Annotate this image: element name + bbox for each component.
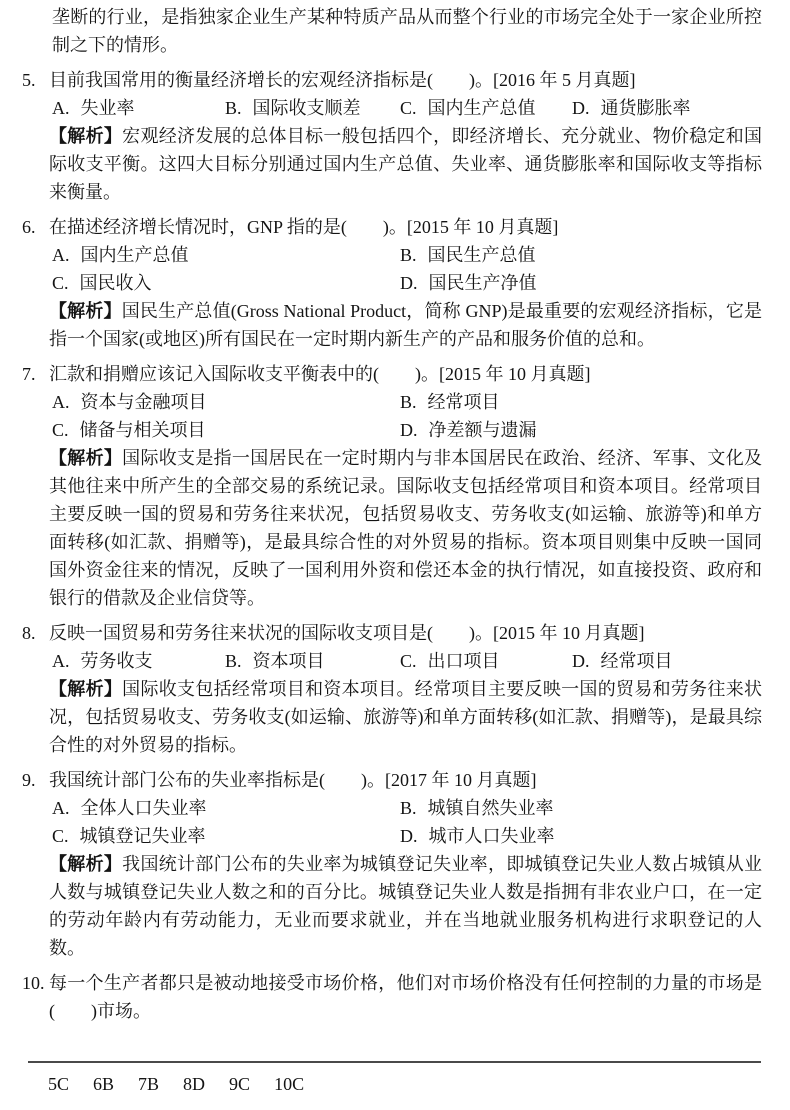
option-label: C. [400, 98, 417, 118]
option-text: 城镇自然失业率 [428, 798, 554, 818]
option-text: 城市人口失业率 [429, 826, 555, 846]
answer-key: 5C6B7B8D9C10C [48, 1070, 328, 1098]
options-row: A.全体人口失业率 B.城镇自然失业率 C.城镇登记失业率 D.城市人口失业率 [49, 794, 762, 850]
option-label: D. [572, 651, 590, 671]
option-label: C. [400, 651, 417, 671]
option-a: A.全体人口失业率 [52, 794, 400, 822]
option-text: 国民收入 [80, 273, 152, 293]
option-d: D.城市人口失业率 [400, 822, 762, 850]
option-text: 资本项目 [253, 651, 325, 671]
option-d: D.经常项目 [572, 647, 762, 675]
option-text: 净差额与遗漏 [429, 420, 537, 440]
option-b: B.资本项目 [225, 647, 400, 675]
option-d: D.国民生产净值 [400, 269, 762, 297]
question-number: 10. [18, 969, 49, 1025]
explanation-text: 国际收支包括经常项目和资本项目。经常项目主要反映一国的贸易和劳务往来状况，包括贸… [49, 679, 762, 755]
question-body: 我国统计部门公布的失业率指标是( )。[2017 年 10 月真题] A.全体人… [49, 766, 762, 962]
option-a: A.国内生产总值 [52, 241, 400, 269]
book-page: 垄断的行业，是指独家企业生产某种特质产品从而整个行业的市场完全处于一家企业所控制… [0, 0, 790, 1025]
option-a: A.劳务收支 [52, 647, 225, 675]
divider-line [28, 1061, 761, 1063]
explanation-label: 【解析】 [49, 301, 122, 321]
option-text: 经常项目 [601, 651, 673, 671]
option-label: B. [225, 651, 242, 671]
options-row: A.国内生产总值 B.国民生产总值 C.国民收入 D.国民生产净值 [49, 241, 762, 297]
options-row: A.资本与金融项目 B.经常项目 C.储备与相关项目 D.净差额与遗漏 [49, 388, 762, 444]
options-row: A.劳务收支 B.资本项目 C.出口项目 D.经常项目 [49, 647, 762, 675]
option-text: 失业率 [81, 98, 135, 118]
question-body: 在描述经济增长情况时，GNP 指的是( )。[2015 年 10 月真题] A.… [49, 213, 762, 353]
option-label: A. [52, 651, 70, 671]
question-number: 5. [18, 66, 49, 206]
answer-key-item: 6B [93, 1074, 114, 1094]
explanation-text: 国民生产总值(Gross National Product，简称 GNP)是最重… [49, 301, 762, 349]
question-body: 反映一国贸易和劳务往来状况的国际收支项目是( )。[2015 年 10 月真题]… [49, 619, 762, 759]
option-label: B. [400, 245, 417, 265]
option-b: B.经常项目 [400, 388, 762, 416]
question-number: 8. [18, 619, 49, 759]
option-label: B. [400, 392, 417, 412]
question-number: 9. [18, 766, 49, 962]
option-label: C. [52, 273, 69, 293]
question-number: 6. [18, 213, 49, 353]
option-text: 全体人口失业率 [81, 798, 207, 818]
option-text: 储备与相关项目 [80, 420, 206, 440]
continuation-paragraph: 垄断的行业，是指独家企业生产某种特质产品从而整个行业的市场完全处于一家企业所控制… [52, 3, 762, 59]
option-a: A.失业率 [52, 94, 225, 122]
option-label: C. [52, 420, 69, 440]
answer-key-item: 8D [183, 1074, 205, 1094]
answer-key-item: 10C [274, 1074, 304, 1094]
option-text: 通货膨胀率 [601, 98, 691, 118]
option-c: C.出口项目 [400, 647, 572, 675]
option-label: D. [400, 273, 418, 293]
option-label: D. [400, 420, 418, 440]
option-label: A. [52, 245, 70, 265]
answer-key-item: 7B [138, 1074, 159, 1094]
option-text: 国民生产净值 [429, 273, 537, 293]
question-6: 6. 在描述经济增长情况时，GNP 指的是( )。[2015 年 10 月真题]… [0, 213, 762, 353]
option-text: 劳务收支 [81, 651, 153, 671]
question-stem: 我国统计部门公布的失业率指标是( )。[2017 年 10 月真题] [49, 766, 762, 794]
question-body: 目前我国常用的衡量经济增长的宏观经济指标是( )。[2016 年 5 月真题] … [49, 66, 762, 206]
option-text: 国际收支顺差 [253, 98, 361, 118]
option-label: B. [225, 98, 242, 118]
option-label: D. [400, 826, 418, 846]
question-stem: 汇款和捐赠应该记入国际收支平衡表中的( )。[2015 年 10 月真题] [49, 360, 762, 388]
explanation-text: 国际收支是指一国居民在一定时期内与非本国居民在政治、经济、军事、文化及其他往来中… [49, 448, 762, 608]
answer-key-item: 9C [229, 1074, 250, 1094]
question-8: 8. 反映一国贸易和劳务往来状况的国际收支项目是( )。[2015 年 10 月… [0, 619, 762, 759]
explanation-text: 宏观经济发展的总体目标一般包括四个，即经济增长、充分就业、物价稳定和国际收支平衡… [49, 126, 762, 202]
question-10: 10. 每一个生产者都只是被动地接受市场价格，他们对市场价格没有任何控制的力量的… [0, 969, 762, 1025]
option-text: 经常项目 [428, 392, 500, 412]
explanation: 【解析】国际收支是指一国居民在一定时期内与非本国居民在政治、经济、军事、文化及其… [49, 444, 762, 612]
explanation: 【解析】我国统计部门公布的失业率为城镇登记失业率，即城镇登记失业人数占城镇从业人… [49, 850, 762, 962]
option-label: D. [572, 98, 590, 118]
option-c: C.国民收入 [52, 269, 400, 297]
option-text: 城镇登记失业率 [80, 826, 206, 846]
question-body: 每一个生产者都只是被动地接受市场价格，他们对市场价格没有任何控制的力量的市场是(… [49, 969, 762, 1025]
option-c: C.储备与相关项目 [52, 416, 400, 444]
option-label: A. [52, 798, 70, 818]
explanation-text: 我国统计部门公布的失业率为城镇登记失业率，即城镇登记失业人数占城镇从业人数与城镇… [49, 854, 762, 958]
option-label: A. [52, 392, 70, 412]
option-d: D.通货膨胀率 [572, 94, 762, 122]
question-9: 9. 我国统计部门公布的失业率指标是( )。[2017 年 10 月真题] A.… [0, 766, 762, 962]
explanation-label: 【解析】 [49, 448, 122, 468]
option-label: A. [52, 98, 70, 118]
explanation-label: 【解析】 [49, 126, 122, 146]
option-a: A.资本与金融项目 [52, 388, 400, 416]
question-stem: 在描述经济增长情况时，GNP 指的是( )。[2015 年 10 月真题] [49, 213, 762, 241]
question-number: 7. [18, 360, 49, 612]
explanation-label: 【解析】 [49, 854, 122, 874]
option-d: D.净差额与遗漏 [400, 416, 762, 444]
option-text: 资本与金融项目 [81, 392, 207, 412]
option-text: 国民生产总值 [428, 245, 536, 265]
explanation: 【解析】宏观经济发展的总体目标一般包括四个，即经济增长、充分就业、物价稳定和国际… [49, 122, 762, 206]
question-5: 5. 目前我国常用的衡量经济增长的宏观经济指标是( )。[2016 年 5 月真… [0, 66, 762, 206]
option-text: 国内生产总值 [428, 98, 536, 118]
option-c: C.城镇登记失业率 [52, 822, 400, 850]
question-stem: 目前我国常用的衡量经济增长的宏观经济指标是( )。[2016 年 5 月真题] [49, 66, 762, 94]
explanation: 【解析】国民生产总值(Gross National Product，简称 GNP… [49, 297, 762, 353]
explanation-label: 【解析】 [49, 679, 122, 699]
answer-key-item: 5C [48, 1074, 69, 1094]
question-body: 汇款和捐赠应该记入国际收支平衡表中的( )。[2015 年 10 月真题] A.… [49, 360, 762, 612]
option-c: C.国内生产总值 [400, 94, 572, 122]
question-7: 7. 汇款和捐赠应该记入国际收支平衡表中的( )。[2015 年 10 月真题]… [0, 360, 762, 612]
option-label: B. [400, 798, 417, 818]
option-text: 出口项目 [428, 651, 500, 671]
option-b: B.国际收支顺差 [225, 94, 400, 122]
option-label: C. [52, 826, 69, 846]
question-stem: 反映一国贸易和劳务往来状况的国际收支项目是( )。[2015 年 10 月真题] [49, 619, 762, 647]
option-b: B.城镇自然失业率 [400, 794, 762, 822]
explanation: 【解析】国际收支包括经常项目和资本项目。经常项目主要反映一国的贸易和劳务往来状况… [49, 675, 762, 759]
question-stem: 每一个生产者都只是被动地接受市场价格，他们对市场价格没有任何控制的力量的市场是(… [49, 969, 762, 1025]
options-row: A.失业率 B.国际收支顺差 C.国内生产总值 D.通货膨胀率 [49, 94, 762, 122]
option-b: B.国民生产总值 [400, 241, 762, 269]
option-text: 国内生产总值 [81, 245, 189, 265]
